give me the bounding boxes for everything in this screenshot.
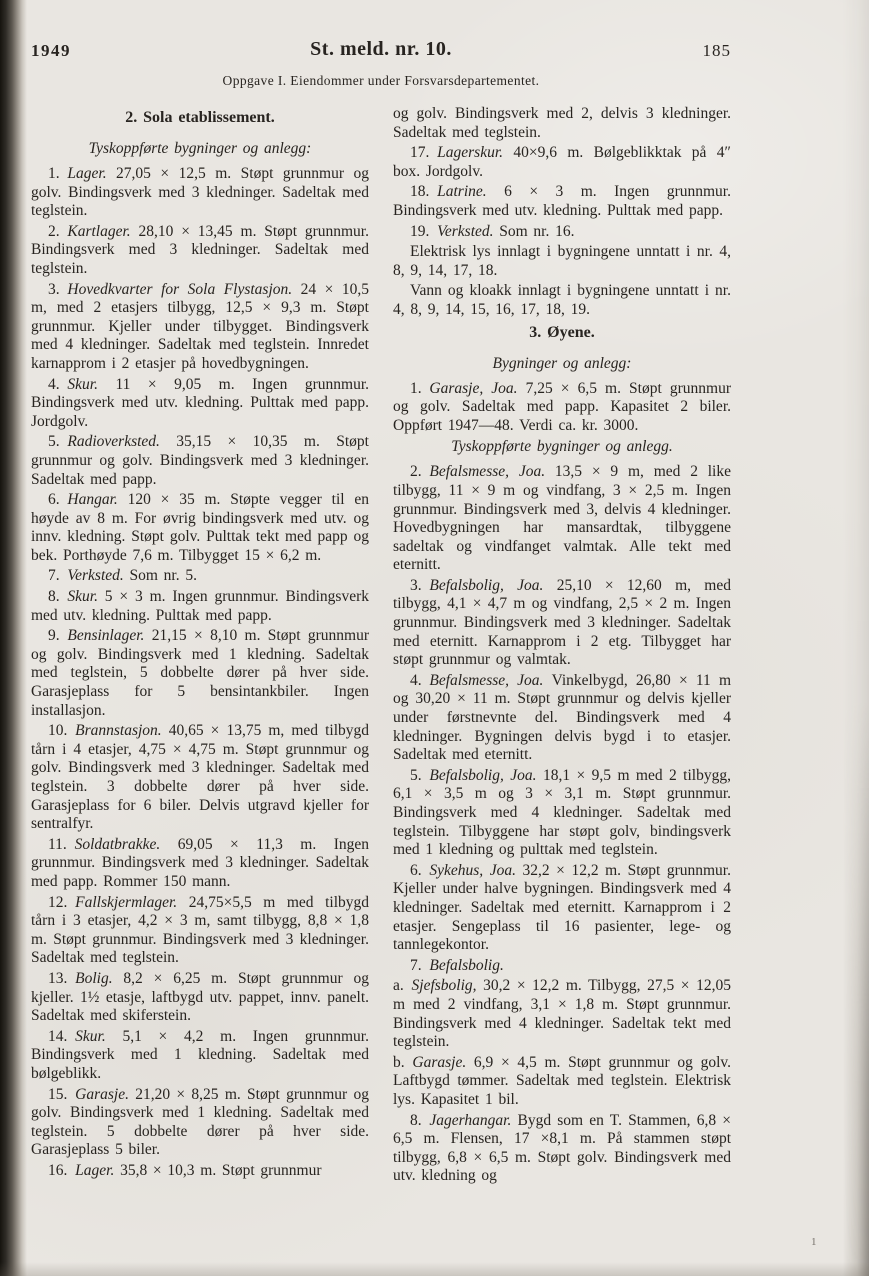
- left-column: 2. Sola etablissement.Tyskoppførte bygni…: [31, 105, 369, 1182]
- item-number: 12.: [48, 894, 75, 911]
- section-heading: 2. Sola etablissement.: [31, 108, 369, 128]
- paragraph: Vann og kloakk innlagt i bygningene unnt…: [393, 282, 731, 319]
- item-name: Radioverksted.: [67, 433, 176, 450]
- list-item: 18. Latrine. 6 × 3 m. Ingen grunnmur. Bi…: [393, 183, 731, 220]
- section-heading: 3. Øyene.: [393, 323, 731, 343]
- paragraph: Elektrisk lys innlagt i bygningene unnta…: [393, 243, 731, 280]
- item-name: Fallskjermlager.: [75, 894, 189, 911]
- two-column-layout: 2. Sola etablissement.Tyskoppførte bygni…: [31, 105, 731, 1188]
- item-name: Kartlager.: [67, 223, 138, 240]
- item-number: 2.: [48, 223, 67, 240]
- item-name: Lager.: [75, 1162, 120, 1179]
- list-item: 1. Garasje, Joa. 7,25 × 6,5 m. Støpt gru…: [393, 380, 731, 436]
- item-name: Soldatbrakke.: [75, 836, 178, 853]
- item-name: Garasje, Joa.: [429, 380, 525, 397]
- item-number: 5.: [410, 767, 429, 784]
- list-item: 11. Soldatbrakke. 69,05 × 11,3 m. Ingen …: [31, 836, 369, 892]
- right-column: og golv. Bindingsverk med 2, delvis 3 kl…: [393, 105, 731, 1188]
- scanned-document-page: 1949 St. meld. nr. 10. 185 Oppgave I. Ei…: [0, 0, 869, 1276]
- item-number: 11.: [48, 836, 75, 853]
- item-number: 13.: [48, 970, 75, 987]
- list-item: 14. Skur. 5,1 × 4,2 m. Ingen grunnmur. B…: [31, 1028, 369, 1084]
- item-name: Sykehus, Joa.: [429, 862, 522, 879]
- item-number: 18.: [410, 183, 437, 200]
- list-item: 5. Radioverksted. 35,15 × 10,35 m. Støpt…: [31, 433, 369, 489]
- item-number: 6.: [48, 491, 67, 508]
- document-subtitle: Oppgave I. Eiendommer under Forsvarsdepa…: [31, 73, 731, 89]
- list-item: 17. Lagerskur. 40×9,6 m. Bølgeblikktak p…: [393, 144, 731, 181]
- item-number: 14.: [48, 1028, 75, 1045]
- item-name: Bolig.: [75, 970, 123, 987]
- item-number: 7.: [410, 957, 429, 974]
- item-number: 8.: [410, 1112, 429, 1129]
- list-item: 7. Befalsbolig.: [393, 957, 731, 976]
- item-number: 6.: [410, 862, 429, 879]
- item-number: 8.: [48, 588, 67, 605]
- binding-shadow: [0, 0, 27, 1276]
- item-number: 3.: [48, 281, 67, 298]
- section-subheading: Tyskoppførte bygninger og anlegg:: [31, 139, 369, 158]
- list-item: 8. Jagerhangar. Bygd som en T. Stammen, …: [393, 1112, 731, 1186]
- paragraph: og golv. Bindingsverk med 2, delvis 3 kl…: [393, 105, 731, 142]
- item-number: 4.: [410, 672, 429, 689]
- item-name: Verksted.: [437, 223, 499, 240]
- list-item: 2. Kartlager. 28,10 × 13,45 m. Støpt gru…: [31, 223, 369, 279]
- item-name: Lager.: [67, 165, 116, 182]
- scan-artifact-mark: 1: [811, 1236, 817, 1248]
- item-name: Befalsmesse, Joa.: [429, 463, 555, 480]
- list-item: 7. Verksted. Som nr. 5.: [31, 567, 369, 586]
- item-name: Garasje.: [75, 1086, 135, 1103]
- item-name: Verksted.: [67, 567, 129, 584]
- list-item: 5. Befalsbolig, Joa. 18,1 × 9,5 m med 2 …: [393, 767, 731, 860]
- list-item: 3. Hovedkvarter for Sola Flystasjon. 24 …: [31, 281, 369, 374]
- list-item: 3. Befalsbolig, Joa. 25,10 × 12,60 m, me…: [393, 577, 731, 670]
- list-item: 10. Brannstasjon. 40,65 × 13,75 m, med t…: [31, 722, 369, 834]
- item-name: Hovedkvarter for Sola Flystasjon.: [67, 281, 300, 298]
- page-header: 1949 St. meld. nr. 10. 185: [31, 38, 731, 65]
- item-name: Lagerskur.: [437, 144, 513, 161]
- item-number: 4.: [48, 376, 67, 393]
- list-item: 8. Skur. 5 × 3 m. Ingen grunnmur. Bindin…: [31, 588, 369, 625]
- list-item: a. Sjefsbolig, 30,2 × 12,2 m. Tilbygg, 2…: [393, 977, 731, 1051]
- item-number: 17.: [410, 144, 437, 161]
- item-number: 15.: [48, 1086, 75, 1103]
- item-name: Bensinlager.: [67, 627, 151, 644]
- list-item: 9. Bensinlager. 21,15 × 8,10 m. Støpt gr…: [31, 627, 369, 720]
- item-name: Befalsbolig.: [429, 957, 503, 974]
- item-number: 1.: [48, 165, 67, 182]
- item-number: 5.: [48, 433, 67, 450]
- item-name: Latrine.: [437, 183, 504, 200]
- section-subheading: Tyskoppførte bygninger og anlegg.: [393, 437, 731, 456]
- item-name: Brannstasjon.: [75, 722, 169, 739]
- list-item: 6. Sykehus, Joa. 32,2 × 12,2 m. Støpt gr…: [393, 862, 731, 955]
- page-number: 185: [703, 41, 732, 61]
- item-number: 10.: [48, 722, 75, 739]
- page-right-edge-shadow: [843, 0, 869, 1276]
- list-item: 12. Fallskjermlager. 24,75×5,5 m med til…: [31, 894, 369, 968]
- item-number: 1.: [410, 380, 429, 397]
- list-item: 16. Lager. 35,8 × 10,3 m. Støpt grunnmur: [31, 1162, 369, 1181]
- item-name: Skur.: [67, 588, 104, 605]
- item-number: a.: [393, 977, 412, 994]
- page-bottom-edge-shadow: [0, 1262, 869, 1276]
- list-item: 4. Befalsmesse, Joa. Vinkelbygd, 26,80 ×…: [393, 672, 731, 765]
- item-name: Skur.: [67, 376, 115, 393]
- item-number: 9.: [48, 627, 67, 644]
- document-title: St. meld. nr. 10.: [31, 38, 731, 61]
- list-item: 6. Hangar. 120 × 35 m. Støpte vegger til…: [31, 491, 369, 565]
- item-name: Befalsbolig, Joa.: [429, 577, 556, 594]
- item-name: Garasje.: [412, 1054, 474, 1071]
- item-number: 19.: [410, 223, 437, 240]
- list-item: 15. Garasje. 21,20 × 8,25 m. Støpt grunn…: [31, 1086, 369, 1160]
- item-number: b.: [393, 1054, 412, 1071]
- list-item: 1. Lager. 27,05 × 12,5 m. Støpt grunnmur…: [31, 165, 369, 221]
- item-name: Hangar.: [67, 491, 127, 508]
- item-number: 2.: [410, 463, 429, 480]
- item-name: Sjefsbolig,: [412, 977, 484, 994]
- item-name: Befalsbolig, Joa.: [429, 767, 543, 784]
- list-item: 13. Bolig. 8,2 × 6,25 m. Støpt grunnmur …: [31, 970, 369, 1026]
- item-number: 16.: [48, 1162, 75, 1179]
- item-number: 7.: [48, 567, 67, 584]
- list-item: 2. Befalsmesse, Joa. 13,5 × 9 m, med 2 l…: [393, 463, 731, 575]
- list-item: b. Garasje. 6,9 × 4,5 m. Støpt grunnmur …: [393, 1054, 731, 1110]
- item-number: 3.: [410, 577, 429, 594]
- item-name: Befalsmesse, Joa.: [429, 672, 551, 689]
- section-subheading: Bygninger og anlegg:: [393, 354, 731, 373]
- item-name: Skur.: [75, 1028, 122, 1045]
- list-item: 19. Verksted. Som nr. 16.: [393, 223, 731, 242]
- page-content: 1949 St. meld. nr. 10. 185 Oppgave I. Ei…: [31, 38, 731, 1188]
- list-item: 4. Skur. 11 × 9,05 m. Ingen grunnmur. Bi…: [31, 376, 369, 432]
- item-name: Jagerhangar.: [429, 1112, 517, 1129]
